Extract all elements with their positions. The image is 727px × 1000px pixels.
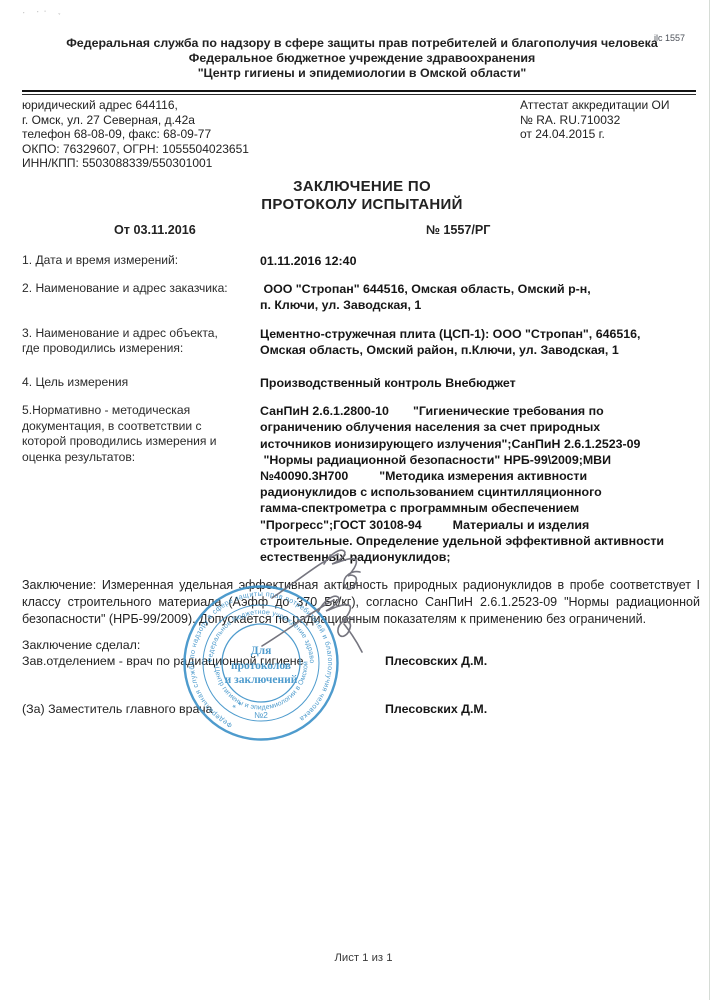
item-row-normative-docs: 5.Нормативно - методическая документация… (22, 403, 702, 565)
page-footer: Лист 1 из 1 (0, 952, 727, 964)
item-label: 1. Дата и время измерений: (22, 253, 260, 269)
item-value: 01.11.2016 12:40 (260, 253, 702, 269)
item-value: Производственный контроль Внебюджет (260, 375, 702, 391)
document-title-line-1: ЗАКЛЮЧЕНИЕ ПО (22, 178, 702, 196)
document-date: От 03.11.2016 (114, 223, 196, 237)
signature-block: Заключение сделал: Зав.отделением - врач… (22, 637, 702, 719)
item-label: 2. Наименование и адрес заказчика: (22, 281, 260, 297)
org-phone-fax: телефон 68-08-09, факс: 68-09-77 (22, 127, 520, 142)
signer-name: Плесовских Д.М. (385, 701, 487, 717)
document-number: № 1557/РГ (426, 223, 491, 237)
signature-row-1: Зав.отделением - врач по радиационной ги… (22, 653, 702, 671)
signature-row-2: (За) Заместитель главного врача Плесовск… (22, 701, 702, 719)
round-stamp: Федеральная служба по надзору в сфере за… (181, 583, 341, 743)
accreditation-block: Аттестат аккредитации ОИ № RA. RU.710032… (520, 98, 702, 171)
conclusion-made-by-label: Заключение сделал: (22, 637, 702, 653)
pencil-marks: · ·· ˯ (22, 5, 66, 19)
accreditation-number: № RA. RU.710032 (520, 113, 702, 128)
item-value: Цементно-стружечная плита (ЦСП-1): ООО "… (260, 326, 702, 358)
stamp-center-line-2: протоколов (231, 660, 291, 672)
accreditation-title: Аттестат аккредитации ОИ (520, 98, 702, 113)
item-row-purpose: 4. Цель измерения Производственный контр… (22, 375, 702, 391)
letterhead-line-2: Федеральное бюджетное учреждение здравоо… (22, 51, 702, 66)
accreditation-date: от 24.04.2015 г. (520, 127, 702, 142)
scan-edge-line (709, 0, 710, 1000)
document-page: · ·· ˯ ilc 1557 Федеральная служба по на… (0, 0, 727, 1000)
conclusion-paragraph: Заключение: Измеренная удельная эффектив… (22, 577, 700, 628)
org-legal-address: юридический адрес 644116, (22, 98, 520, 113)
item-row-measurement-datetime: 1. Дата и время измерений: 01.11.2016 12… (22, 253, 702, 269)
org-inn-kpp: ИНН/КПП: 5503088339/550301001 (22, 156, 520, 171)
org-okpo-ogrn: ОКПО: 76329607, ОГРН: 1055504023651 (22, 142, 520, 157)
stamp-center-line-1: Для (251, 645, 272, 657)
org-street-address: г. Омск, ул. 27 Северная, д.42а (22, 113, 520, 128)
corner-note: ilc 1557 (654, 33, 685, 43)
letterhead-line-3: "Центр гигиены и эпидемиологии в Омской … (22, 66, 702, 81)
item-row-object: 3. Наименование и адрес объекта, где про… (22, 326, 702, 358)
document-title-line-2: ПРОТОКОЛУ ИСПЫТАНИЙ (22, 196, 702, 214)
stamp-number: №2 (254, 710, 268, 720)
item-row-customer: 2. Наименование и адрес заказчика: ООО "… (22, 281, 702, 313)
document-meta: От 03.11.2016 № 1557/РГ (22, 223, 702, 237)
org-address-block: юридический адрес 644116, г. Омск, ул. 2… (22, 98, 520, 171)
letterhead-line-1: Федеральная служба по надзору в сфере за… (22, 36, 702, 51)
document-title: ЗАКЛЮЧЕНИЕ ПО ПРОТОКОЛУ ИСПЫТАНИЙ (22, 178, 702, 214)
item-value: ООО "Стропан" 644516, Омская область, Ом… (260, 281, 702, 313)
letterhead: Федеральная служба по надзору в сфере за… (22, 36, 702, 81)
items-list: 1. Дата и время измерений: 01.11.2016 12… (22, 253, 702, 565)
signer-name: Плесовских Д.М. (385, 653, 487, 669)
item-label: 5.Нормативно - методическая документация… (22, 403, 260, 465)
item-label: 3. Наименование и адрес объекта, где про… (22, 326, 260, 357)
item-value: СанПиН 2.6.1.2800-10 "Гигиенические треб… (260, 403, 702, 565)
stamp-center-line-3: и заключений (225, 674, 298, 686)
item-label: 4. Цель измерения (22, 375, 260, 391)
org-info: юридический адрес 644116, г. Омск, ул. 2… (22, 98, 702, 171)
header-divider (22, 90, 696, 95)
